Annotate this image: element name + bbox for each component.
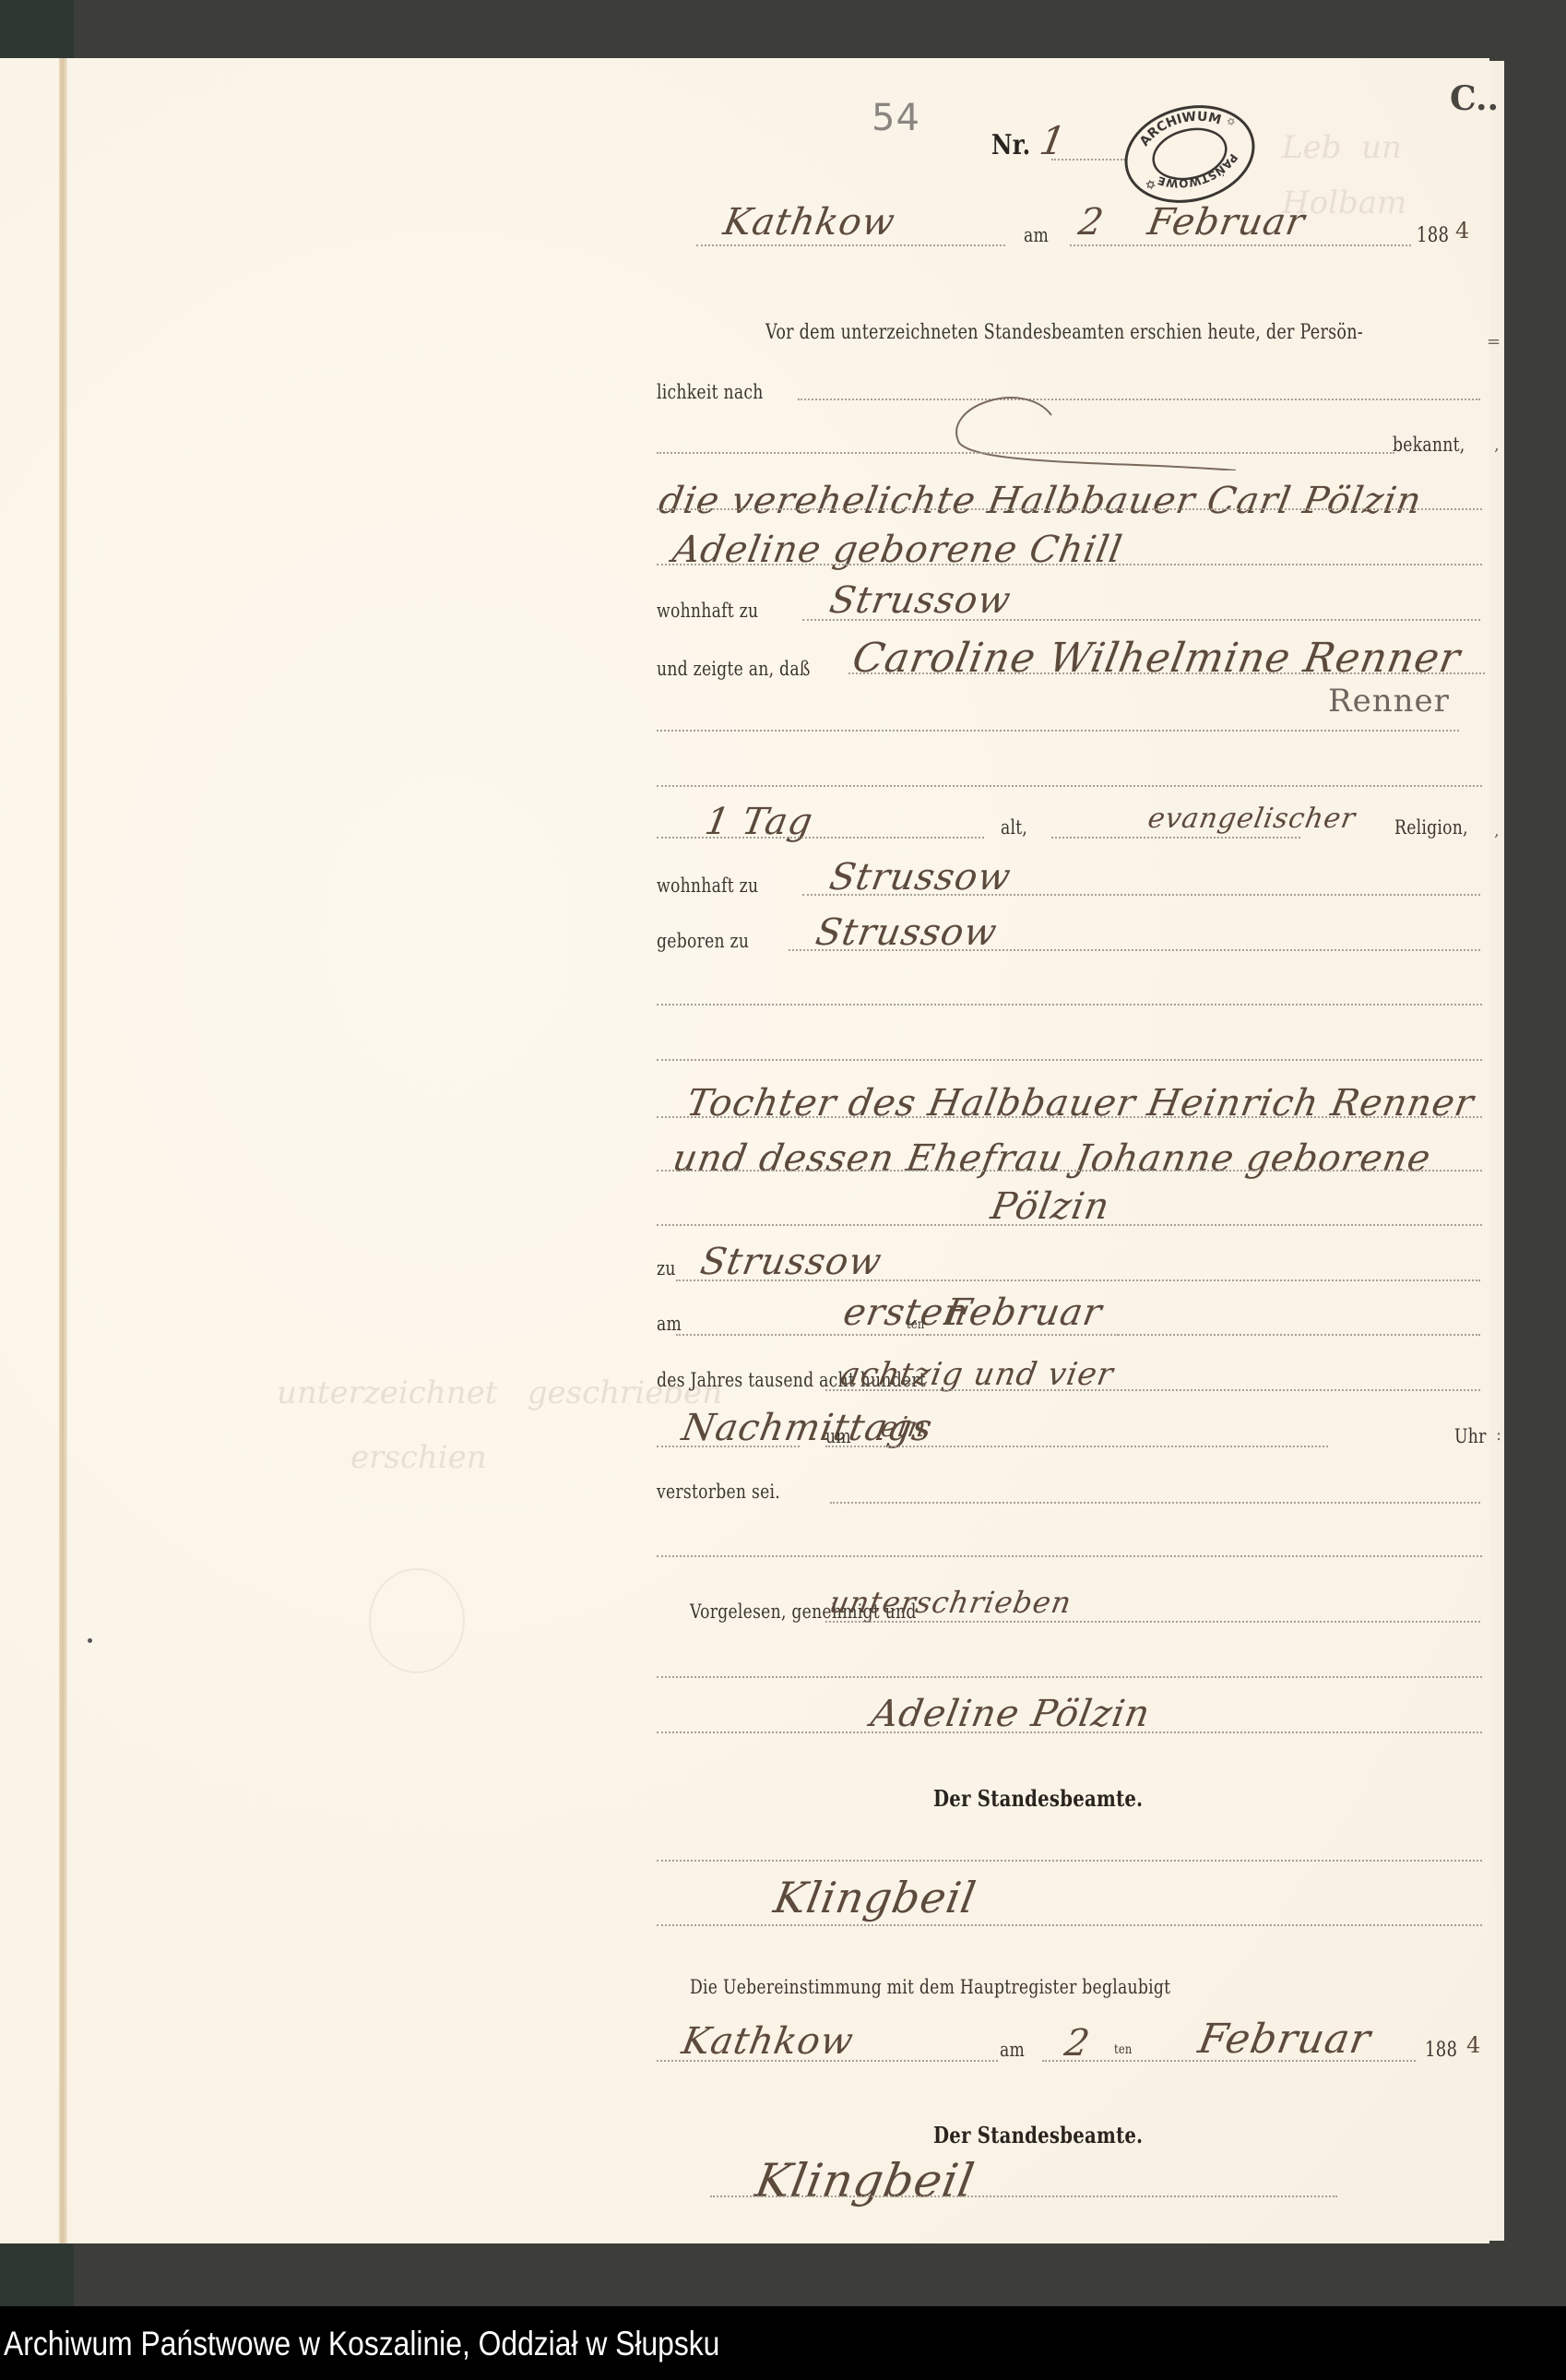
intro-bekannt: bekannt, [1393, 434, 1465, 456]
header-year-prefix: 188 [1417, 224, 1449, 247]
parents-line-2: und dessen Ehefrau Johanne geborene [670, 1137, 1434, 1180]
announce-label: und zeigte an, daß [657, 658, 811, 680]
informant-line-1-rule [657, 508, 1482, 510]
death-hour: ein [878, 1411, 930, 1444]
book-spine-fold [59, 58, 67, 2243]
official-rule-top [657, 1860, 1482, 1862]
bleed-through-text: erschien [350, 1439, 487, 1476]
parents-line-2-rule [657, 1170, 1482, 1172]
death-hour-label: Uhr [1454, 1425, 1487, 1447]
read-approved-rule [825, 1621, 1480, 1623]
deceased-age-label: alt, [1001, 816, 1027, 839]
deceased-religion-rule [1051, 837, 1300, 839]
death-year-words: achtzig und vier [837, 1356, 1116, 1393]
header-am-label: am [1024, 224, 1049, 246]
catalog-mark: C.. [1450, 79, 1499, 118]
official-signature-rule [657, 1924, 1482, 1926]
official-title: Der Standesbeamte. [933, 1785, 1143, 1812]
svg-text:PAŃSTWOWE: PAŃSTWOWE [1153, 149, 1245, 197]
blank-rule-4 [657, 1059, 1482, 1061]
deceased-residence: Strussow [826, 856, 1014, 898]
birthplace: Strussow [813, 911, 1001, 954]
death-year-rule [825, 1389, 1480, 1391]
deceased-blank-rule-2 [657, 785, 1482, 787]
informant-signature: Adeline Pölzin [868, 1693, 1154, 1735]
entry-number-line [1051, 159, 1125, 161]
death-place-rule [676, 1279, 1480, 1281]
paper-speck [88, 1638, 92, 1643]
certification-official-title: Der Standesbeamte. [933, 2122, 1143, 2148]
death-closing-rule [830, 1502, 1480, 1504]
edge-mark: = [1487, 332, 1501, 351]
intro-line-1: Vor dem unterzeichneten Standesbeamten e… [765, 321, 1363, 344]
informant-residence-rule [802, 619, 1480, 621]
deceased-name-rule [848, 672, 1485, 674]
death-place-label: zu [657, 1257, 676, 1279]
certification-day-suffix: ten [1114, 2042, 1133, 2057]
certification-official-signature: Klingbeil [752, 2154, 979, 2207]
svg-text:✡: ✡ [1144, 177, 1157, 194]
parents-line-3-rule [657, 1224, 1482, 1226]
informant-residence: Strussow [826, 579, 1014, 622]
deceased-religion-label: Religion, [1394, 816, 1468, 839]
certification-year-suffix: 4 [1466, 2032, 1481, 2058]
death-place: Strussow [697, 1241, 885, 1283]
certification-date-rule [1042, 2060, 1416, 2062]
death-month: Februar [942, 1291, 1106, 1334]
bleed-through-text: Leb un [1282, 129, 1402, 166]
death-hour-rule [825, 1446, 1328, 1447]
sig-rule-2 [657, 1676, 1482, 1678]
birthplace-rule [789, 949, 1480, 951]
edge-mark: , [1494, 821, 1500, 840]
death-time-label: um [825, 1425, 851, 1447]
bleed-through-stamp [369, 1568, 465, 1673]
certification-place-rule [657, 2060, 998, 2062]
header-place: Kathkow [720, 201, 898, 244]
death-date-label: am [657, 1313, 682, 1335]
certification-am-label: am [1000, 2039, 1025, 2061]
header-date-line [1070, 244, 1411, 246]
deceased-residence-rule [802, 894, 1480, 896]
death-month-rule [927, 1334, 1480, 1336]
intro-line-2-label: lichkeit nach [657, 381, 764, 403]
certification-month: Februar [1195, 2016, 1375, 2063]
death-closing: verstorben sei. [657, 1481, 780, 1503]
header-year-suffix: 4 [1455, 218, 1470, 244]
deceased-religion: evangelischer [1145, 803, 1358, 835]
parents-line-3: Pölzin [988, 1185, 1113, 1228]
read-approved-value: unterschrieben [827, 1585, 1074, 1620]
informant-signature-rule [657, 1731, 1482, 1733]
attribution-bar: Archiwum Państwowe w Koszalinie, Oddział… [0, 2306, 1566, 2380]
death-time-rule-left [657, 1446, 800, 1447]
blank-rule-3 [657, 1004, 1482, 1006]
edge-mark: , [1494, 435, 1500, 455]
informant-line-2-rule [657, 564, 1482, 565]
certification-year-prefix: 188 [1425, 2039, 1457, 2062]
certification-place: Kathkow [679, 2020, 857, 2063]
sig-rule-1 [657, 1555, 1482, 1557]
deceased-name: Caroline Wilhelmine Renner [849, 635, 1465, 682]
archive-attribution: Archiwum Państwowe w Koszalinie, Oddział… [4, 2325, 719, 2363]
header-month: Februar [1145, 201, 1309, 244]
certification-text: Die Uebereinstimmung mit dem Hauptregist… [690, 1976, 1170, 1998]
deceased-name-correction: Renner [1328, 683, 1450, 720]
flourish-mark [941, 378, 1236, 470]
informant-residence-label: wohnhaft zu [657, 600, 758, 622]
parents-line-1-rule [657, 1116, 1482, 1118]
death-day-suffix: ten [907, 1317, 925, 1332]
intro-line-3 [657, 452, 1394, 454]
birthplace-label: geboren zu [657, 930, 749, 952]
parents-line-1: Tochter des Halbbauer Heinrich Renner [683, 1082, 1477, 1125]
edge-mark: : [1496, 1425, 1501, 1445]
deceased-blank-rule-1 [657, 730, 1459, 732]
deceased-age-rule [657, 837, 984, 839]
bleed-through-text: unterzeichnet geschrieben [277, 1374, 722, 1411]
entry-number-label: Nr. [991, 129, 1030, 161]
header-place-line [696, 244, 1005, 246]
certification-signature-rule [710, 2196, 1337, 2197]
deceased-residence-label: wohnhaft zu [657, 875, 758, 897]
informant-line-1: die verehelichte Halbbauer Carl Pölzin [656, 480, 1425, 522]
page-number-pencil: 54 [872, 97, 920, 139]
official-signature: Klingbeil [770, 1873, 979, 1922]
